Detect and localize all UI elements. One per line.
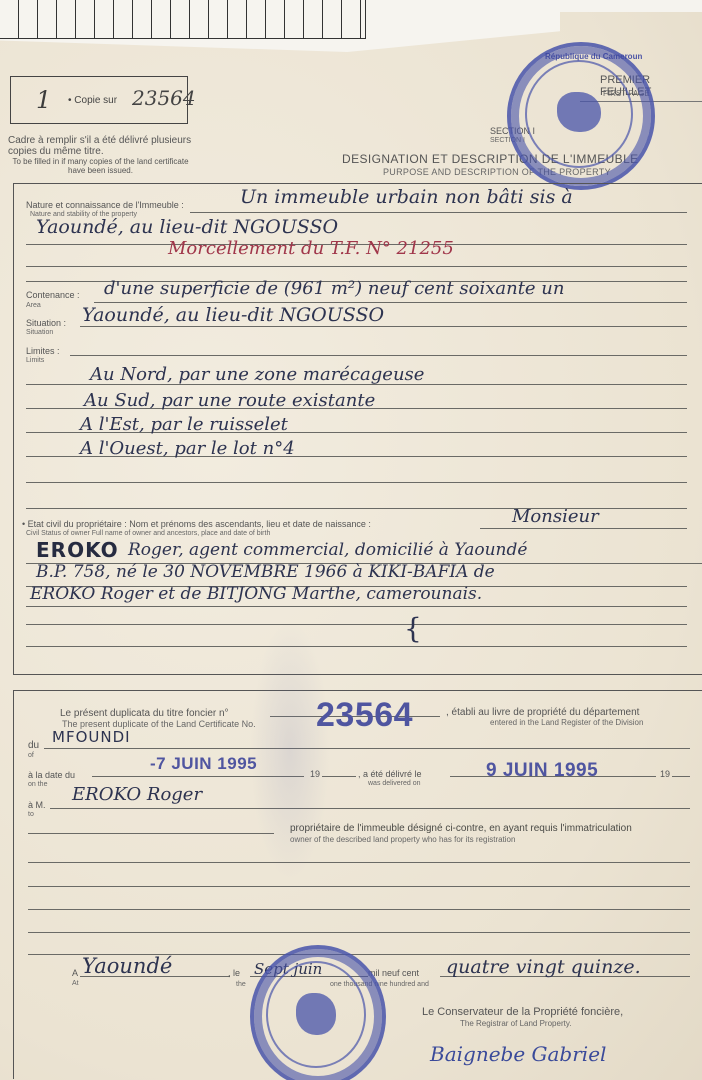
rule — [26, 266, 687, 267]
delivered-date-stamp: 9 JUIN 1995 — [486, 760, 598, 782]
limit-west: A l'Ouest, par le lot n°4 — [80, 438, 295, 459]
limit-north: Au Nord, par une zone marécageuse — [90, 364, 424, 385]
copy-note-fr: Cadre à remplir s'il a été délivré plusi… — [8, 135, 191, 157]
ink-smudge — [250, 620, 330, 880]
official-seal-top: République du Cameroun — [507, 42, 655, 190]
recipient-label-en: to — [28, 811, 34, 818]
copy-number: 1 — [36, 86, 51, 114]
place-value: Yaoundé — [82, 954, 172, 978]
registrar-title-en: The Registrar of Land Property. — [460, 1019, 571, 1028]
copy-label: • Copie sur — [68, 95, 117, 106]
register-text-en: entered in the Land Register of the Divi… — [490, 718, 643, 727]
rule — [26, 482, 687, 483]
brace-mark: { — [404, 612, 422, 645]
register-text: , établi au livre de propriété du départ… — [446, 707, 639, 718]
registrar-title: Le Conservateur de la Propriété foncière… — [422, 1006, 623, 1018]
copy-note: Cadre à remplir s'il a été délivré plusi… — [8, 135, 193, 175]
rule — [672, 776, 690, 777]
seal-top-text: République du Cameroun — [545, 52, 642, 61]
owner-line-3: EROKO Roger et de BITJONG Marthe, camero… — [30, 584, 482, 604]
delivered-label: , a été délivré le — [358, 769, 422, 779]
rule — [28, 833, 274, 834]
rule — [80, 976, 230, 977]
delivered-label-en: was delivered on — [368, 780, 421, 787]
owner-registration-text: propriétaire de l'immeuble désigné ci-co… — [290, 823, 632, 834]
situation-value: Yaoundé, au lieu-dit NGOUSSO — [82, 304, 384, 326]
rule — [28, 886, 690, 887]
rule — [28, 932, 690, 933]
rule — [480, 528, 687, 529]
owner-line-2: B.P. 758, né le 30 NOVEMBRE 1966 à KIKI-… — [36, 562, 495, 582]
year-label: mil neuf cent — [368, 968, 419, 978]
area-label: Contenance : — [26, 290, 80, 300]
division-label: du — [28, 740, 39, 751]
owner-salutation: Monsieur — [512, 506, 599, 527]
nature-line-3: Morcellement du T.F. N° 21255 — [168, 238, 454, 259]
division-label-en: of — [28, 752, 34, 759]
limits-label-en: Limits — [26, 357, 44, 364]
registrar-signature: Baignebe Gabriel — [430, 1042, 606, 1066]
at-label: A — [72, 968, 78, 978]
seal-emblem-icon — [557, 92, 601, 132]
owner-status-label: • Etat civil du propriétaire : Nom et pr… — [22, 519, 371, 529]
seal-emblem-icon — [296, 993, 336, 1035]
limit-east: A l'Est, par le ruisselet — [80, 414, 288, 435]
date-day-label-en: the — [236, 981, 246, 988]
nature-line-2: Yaoundé, au lieu-dit NGOUSSO — [36, 216, 338, 238]
slip-grid-lines — [0, 0, 366, 39]
nature-line-1: Un immeuble urbain non bâti sis à — [240, 186, 573, 208]
duplicate-intro: Le présent duplicata du titre foncier n° — [60, 708, 229, 719]
owner-line-1: Roger, agent commercial, domicilié à Yao… — [128, 540, 527, 560]
nature-label: Nature et connaissance de l'Immeuble : — [26, 200, 184, 210]
year-words-value: quatre vingt quinze. — [446, 956, 641, 978]
rule — [190, 212, 687, 213]
title-number-stamp: 23564 — [316, 696, 413, 735]
limit-south: Au Sud, par une route existante — [84, 390, 375, 411]
division-value: MFOUNDI — [52, 728, 131, 746]
recipient-label: à M. — [28, 800, 46, 810]
rule — [26, 624, 687, 625]
rule — [70, 355, 687, 356]
limits-label: Limites : — [26, 346, 60, 356]
rule — [44, 748, 690, 749]
owner-status-label-en: Civil Status of owner Full name of owner… — [26, 530, 270, 537]
date-stamp: -7 JUIN 1995 — [150, 754, 257, 774]
date-day-label: , le — [228, 968, 240, 978]
situation-label: Situation : — [26, 318, 66, 328]
rule — [80, 326, 687, 327]
land-certificate-page: 1 • Copie sur 23564 Cadre à remplir s'il… — [0, 0, 702, 1080]
recipient-value: EROKO Roger — [72, 784, 202, 805]
at-label-en: At — [72, 980, 79, 987]
rule — [26, 606, 687, 607]
owner-surname: EROKO — [36, 538, 119, 562]
rule — [50, 808, 690, 809]
date-label: à la date du — [28, 770, 75, 780]
official-seal-bottom — [250, 945, 386, 1080]
torn-paper-slip — [0, 0, 560, 52]
rule — [28, 909, 690, 910]
copy-note-en: To be filled in if many copies of the la… — [8, 157, 193, 175]
rule — [26, 646, 687, 647]
situation-label-en: Situation — [26, 329, 53, 336]
area-label-en: Area — [26, 302, 41, 309]
rule — [94, 302, 687, 303]
copy-total: 23564 — [132, 86, 196, 110]
rule — [28, 862, 690, 863]
area-value: d'une superficie de (961 m²) neuf cent s… — [104, 278, 565, 299]
year-prefix-2: 19 — [660, 769, 670, 779]
date-label-en: on the — [28, 781, 47, 788]
paper-edge — [560, 0, 702, 12]
